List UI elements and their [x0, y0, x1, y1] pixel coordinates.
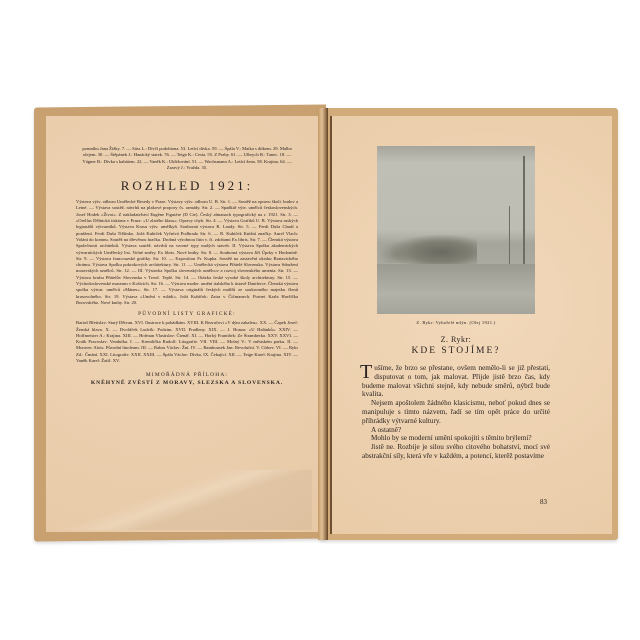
- rozhled-heading: ROZHLED 1921:: [76, 178, 298, 194]
- rozhled-contents: Výstava výtv. odboru Umělecké Besedy v P…: [76, 199, 298, 306]
- graphic-sheets-heading: PŮVODNÍ LISTY GRAFICKÉ:: [76, 311, 298, 317]
- article-paragraph: Nejsem apoštolem žádného klasicismu, neb…: [362, 399, 550, 425]
- paragraph-text: ušíme, že brzo se přestane, ovšem nemělo…: [362, 364, 550, 398]
- landscape-illustration: [377, 146, 535, 314]
- page-number: 83: [540, 498, 547, 506]
- pond-reflection: [377, 264, 535, 314]
- article-paragraph: A ostatně?: [362, 426, 550, 435]
- article-author: Z. Rykr:: [362, 335, 550, 344]
- right-page-column: Z. Rykr: Vyhořelé mlýn. (Olej 1921.) Z. …: [362, 146, 550, 461]
- supplement-label: MIMOŘÁDNÁ PŘÍLOHA:: [76, 372, 298, 378]
- artwork-index-continuation: pomníku Jana Žižky. 7. — Sáss L.: Dívčí …: [76, 146, 298, 171]
- article-paragraph: Mohlo by se moderní umění spokojiti s tě…: [362, 434, 550, 443]
- article-paragraph: Tušíme, že brzo se přestane, ovšem neměl…: [362, 364, 550, 399]
- graphic-sheets-list: Bartoš Břetislav: Starý Dětvan. XVI. Ilu…: [76, 320, 298, 364]
- book-spine: [318, 108, 328, 540]
- tree-cluster: [387, 234, 477, 264]
- page-fold-crease: [52, 470, 312, 530]
- open-book: pomníku Jana Žižky. 7. — Sáss L.: Dívčí …: [0, 0, 640, 640]
- drop-cap: T: [360, 364, 372, 381]
- article-paragraph: Jistě ne. Rozbije je silou svého citovéh…: [362, 443, 550, 461]
- supplement-title: KNĚHYNĚ ZVĚSTÍ Z MORAVY, SLEZSKA A SLOVE…: [76, 380, 298, 386]
- illustration-caption: Z. Rykr: Vyhořelé mlýn. (Olej 1921.): [362, 320, 550, 325]
- article-title: KDE STOJÍME?: [362, 346, 550, 356]
- left-page-column: pomníku Jana Žižky. 7. — Sáss L.: Dívčí …: [76, 146, 298, 386]
